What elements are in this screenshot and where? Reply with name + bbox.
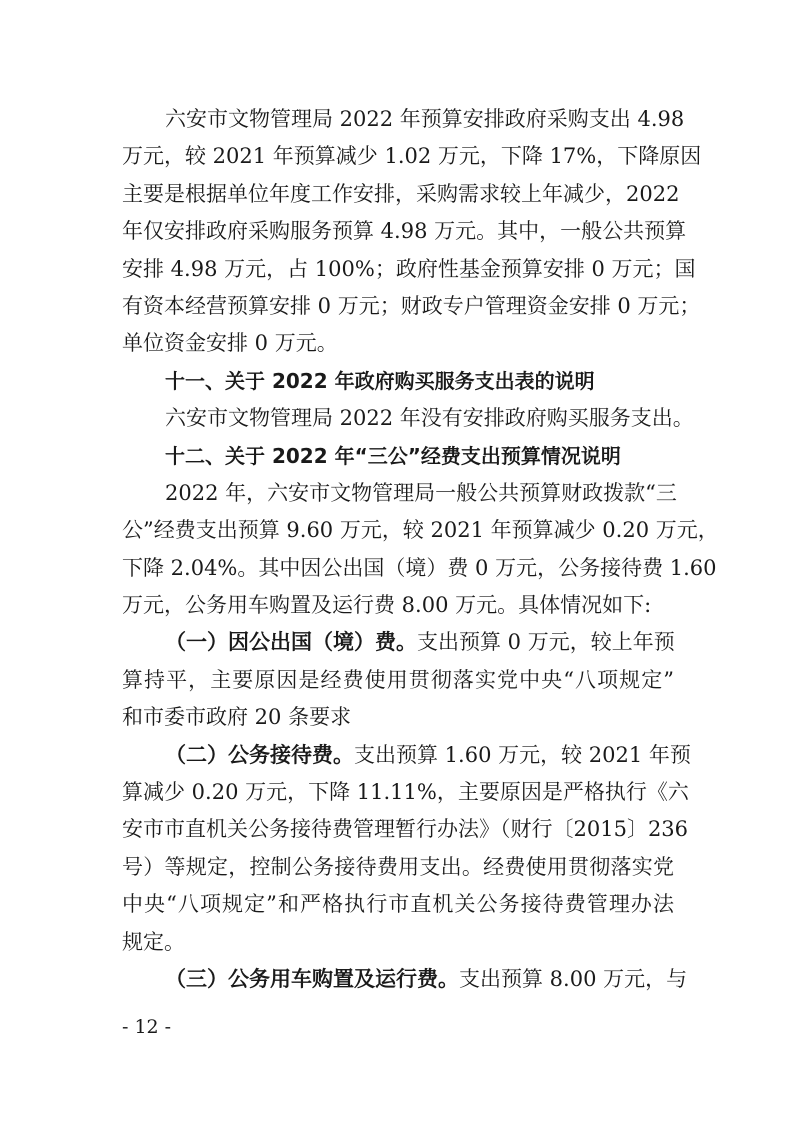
text-line: 2022 年，六安市文物管理局一般公共预算财政拨款“三 [122,475,674,512]
text-line: 公”经费支出预算 9.60 万元，较 2021 年预算减少 0.20 万元， [122,512,674,549]
text-line: 万元，较 2021 年预算减少 1.02 万元，下降 17%，下降原因 [122,138,674,175]
text-line: 万元，公务用车购置及运行费 8.00 万元。具体情况如下: [122,587,674,624]
text-line: （三）公务用车购置及运行费。支出预算 8.00 万元，与 [122,961,674,998]
text-line: 安市市直机关公务接待费管理暂行办法》（财行〔2015〕236 [122,811,674,848]
text-line: 六安市文物管理局 2022 年没有安排政府购买服务支出。 [122,400,674,437]
item-text: 支出预算 1.60 万元，较 2021 年预 [354,743,691,767]
text-line: 号）等规定，控制公务接待费用支出。经费使用贯彻落实党 [122,849,674,886]
text-line: 单位资金安排 0 万元。 [122,325,674,362]
text-line: （二）公务接待费。支出预算 1.60 万元，较 2021 年预 [122,737,674,774]
text-line: 有资本经营预算安排 0 万元；财政专户管理资金安排 0 万元； [122,288,674,325]
text-line: 算持平，主要原因是经费使用贯彻落实党中央“八项规定” [122,662,674,699]
text-line: 和市委市政府 20 条要求 [122,699,674,736]
item-title: （二）公务接待费。 [165,743,354,767]
document-page: 六安市文物管理局 2022 年预算安排政府采购支出 4.98 万元，较 2021… [122,101,674,998]
text-line: 安排 4.98 万元，占 100%；政府性基金预算安排 0 万元；国 [122,251,674,288]
item-text: 支出预算 8.00 万元，与 [459,967,687,991]
section-heading-11: 十一、关于 2022 年政府购买服务支出表的说明 [122,363,674,400]
text-line: 中央“八项规定”和严格执行市直机关公务接待费管理办法 [122,886,674,923]
item-title: （三）公务用车购置及运行费。 [165,967,459,991]
item-official-reception: （二）公务接待费。支出预算 1.60 万元，较 2021 年预 算减少 0.20… [122,737,674,961]
text-line: （一）因公出国（境）费。支出预算 0 万元，较上年预 [122,624,674,661]
text-line: 算减少 0.20 万元，下降 11.11%，主要原因是严格执行《六 [122,774,674,811]
paragraph-purchase-services: 六安市文物管理局 2022 年没有安排政府购买服务支出。 [122,400,674,437]
paragraph-three-public-expenses: 2022 年，六安市文物管理局一般公共预算财政拨款“三 公”经费支出预算 9.6… [122,475,674,625]
text-line: 六安市文物管理局 2022 年预算安排政府采购支出 4.98 [122,101,674,138]
text-line: 年仅安排政府采购服务预算 4.98 万元。其中，一般公共预算 [122,213,674,250]
item-official-vehicles: （三）公务用车购置及运行费。支出预算 8.00 万元，与 [122,961,674,998]
item-title: （一）因公出国（境）费。 [165,630,417,654]
text-line: 规定。 [122,924,674,961]
text-line: 主要是根据单位年度工作安排，采购需求较上年减少，2022 [122,176,674,213]
page-number: - 12 - [122,1016,171,1038]
paragraph-procurement: 六安市文物管理局 2022 年预算安排政府采购支出 4.98 万元，较 2021… [122,101,674,363]
item-overseas-travel: （一）因公出国（境）费。支出预算 0 万元，较上年预 算持平，主要原因是经费使用… [122,624,674,736]
section-heading-12: 十二、关于 2022 年“三公”经费支出预算情况说明 [122,438,674,475]
item-text: 支出预算 0 万元，较上年预 [417,630,675,654]
text-line: 下降 2.04%。其中因公出国（境）费 0 万元，公务接待费 1.60 [122,550,674,587]
